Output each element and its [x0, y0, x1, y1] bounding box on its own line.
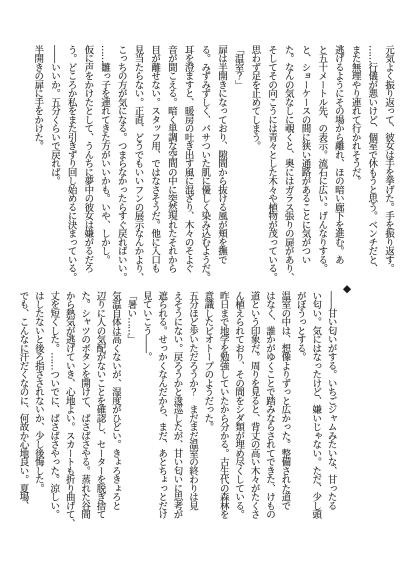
- text-line: 耳を澄ますと、暖房の吐き出す風に混ざり、木々のそよぐ: [179, 45, 196, 279]
- text-line: と、ショーケースの間に狭い通路があることに気がつい: [296, 45, 313, 279]
- text-line: でも、こんなに汗だくなのに、何故か心地良い。夏場、: [15, 283, 30, 519]
- text-line: から熱気が逃げていき、心地よい。スカートも折り曲げて、: [61, 283, 76, 519]
- text-line: た。シャツのボタンを開けて、ばさばさやる。蒸れた谷間: [77, 283, 92, 519]
- text-line: 道という印象だ。周りを見ると、背丈の高い木々がたくさ: [246, 283, 261, 519]
- text-line: ……行儀が悪いけど、個室で休もうと思う。ベンチだと、: [363, 45, 380, 279]
- text-line: 辺りに人の気配がないことを確認し、セーターを脱ぎ捨て: [92, 283, 107, 519]
- text-line: ……雛っ子を連れてきた方がいいかも。いや、しかし。: [95, 45, 112, 279]
- text-line: ――いいか。五分くらいで戻れば。: [45, 45, 62, 279]
- text-line: 仮に声をかけたとして、うんちに夢中の彼女は嫌がるだろ: [79, 45, 96, 279]
- text-line: そしてその向こうには青々とした木々や植物が茂っている。: [262, 45, 279, 279]
- text-line: 温室の中は、想像よりずっと広かった。整備された道で: [277, 283, 292, 519]
- text-line: ――甘い匂いがする。いちごジャムみたいな、甘ったる: [323, 283, 338, 519]
- dialogue-line: 「暑い……」: [123, 283, 138, 519]
- text-line: えそうにない。戻ろうかと逡巡したが、甘い匂いに思考が: [169, 283, 184, 519]
- text-line: る。みずみずしく、パサついた肌に優しく染み込むようだ。: [196, 45, 213, 279]
- text-line: 遮られる。せっかくなんだから、まだ、あとちょっとだけ: [154, 283, 169, 519]
- text-line: はしたないと後ろ指さされないか、少し後悔した。: [30, 283, 45, 519]
- text-line: ん植えられており、その間をシダ類が埋め尽くしている。: [231, 283, 246, 519]
- text-line: い匂い。気にはなったけど、嫌いじゃない。ただ、少し頭: [308, 283, 323, 519]
- dialogue-line: 「温室？」: [229, 45, 246, 279]
- text-line: 気温自体は高くないが、湿度がひどい。きょろきょろと: [108, 283, 123, 519]
- text-line: 見ていこう――。: [138, 283, 153, 519]
- text-line: 見当たらない。正直、どうでもいいフンの展示なんかより、: [129, 45, 146, 279]
- book-page-top: 元気よく振り返って、彼女は手を挙げた。手を振り返す。 ……行儀が悪いけど、個室で…: [28, 45, 396, 279]
- text-line: こっちの方が気になる。つまらなかったらすぐ戻ればいい。: [112, 45, 129, 279]
- text-line: 元気よく振り返って、彼女は手を挙げた。手を振り返す。: [379, 45, 396, 279]
- text-line: 思わず足を止めてしまう。: [246, 45, 263, 279]
- text-line: 昨日まで地学を勉強していたから分かる。古生代の森林を: [215, 283, 230, 519]
- text-line: 意識したビオトープのようだった。: [200, 283, 215, 519]
- text-line: 半開きの扉に手をかけた。: [29, 45, 46, 279]
- text-line: また無理やり連れて行かれそうだ。: [346, 45, 363, 279]
- text-line: 扉は半開きになっており、隙間から抜ける風が頬を撫で: [212, 45, 229, 279]
- scanned-book-page: 元気よく振り返って、彼女は手を挙げた。手を振り返す。 ……行儀が悪いけど、個室で…: [0, 0, 400, 568]
- text-line: 目が離せない。スタッフ用、ではなさそうだ。他に入口も: [145, 45, 162, 279]
- text-line: はなく、誰かがゆくことで踏みならされてできた、けもの: [262, 283, 277, 519]
- book-page-bottom: ◆ ――甘い匂いがする。いちごジャムみたいな、甘ったる い匂い。気にはなったけど…: [14, 283, 354, 519]
- text-line: 逃げるようにその場から離れ、ほの暗い廊下を進む。あ: [329, 45, 346, 279]
- text-line: がぼうっとする。: [292, 283, 307, 519]
- text-line: と五十メートル先、の表示。流石に広い。げんなりする。: [312, 45, 329, 279]
- text-line: 五分ほど歩いただろうか？ まだまだ温室の終わりは見: [185, 283, 200, 519]
- scene-break-marker: ◆: [339, 283, 354, 519]
- text-line: た。なんの気なしに覗くと、奥にはガラス張りの扉があり、: [279, 45, 296, 279]
- text-line: 音が聞こえる。暗く単調な空間の中に突然現れたそれから: [162, 45, 179, 279]
- text-line: 丈を短くした。……ついでに、ばさばさやった。涼しい。: [46, 283, 61, 519]
- text-line: う。どころか私をまた引きずり回し始めるに決まっている。: [62, 45, 79, 279]
